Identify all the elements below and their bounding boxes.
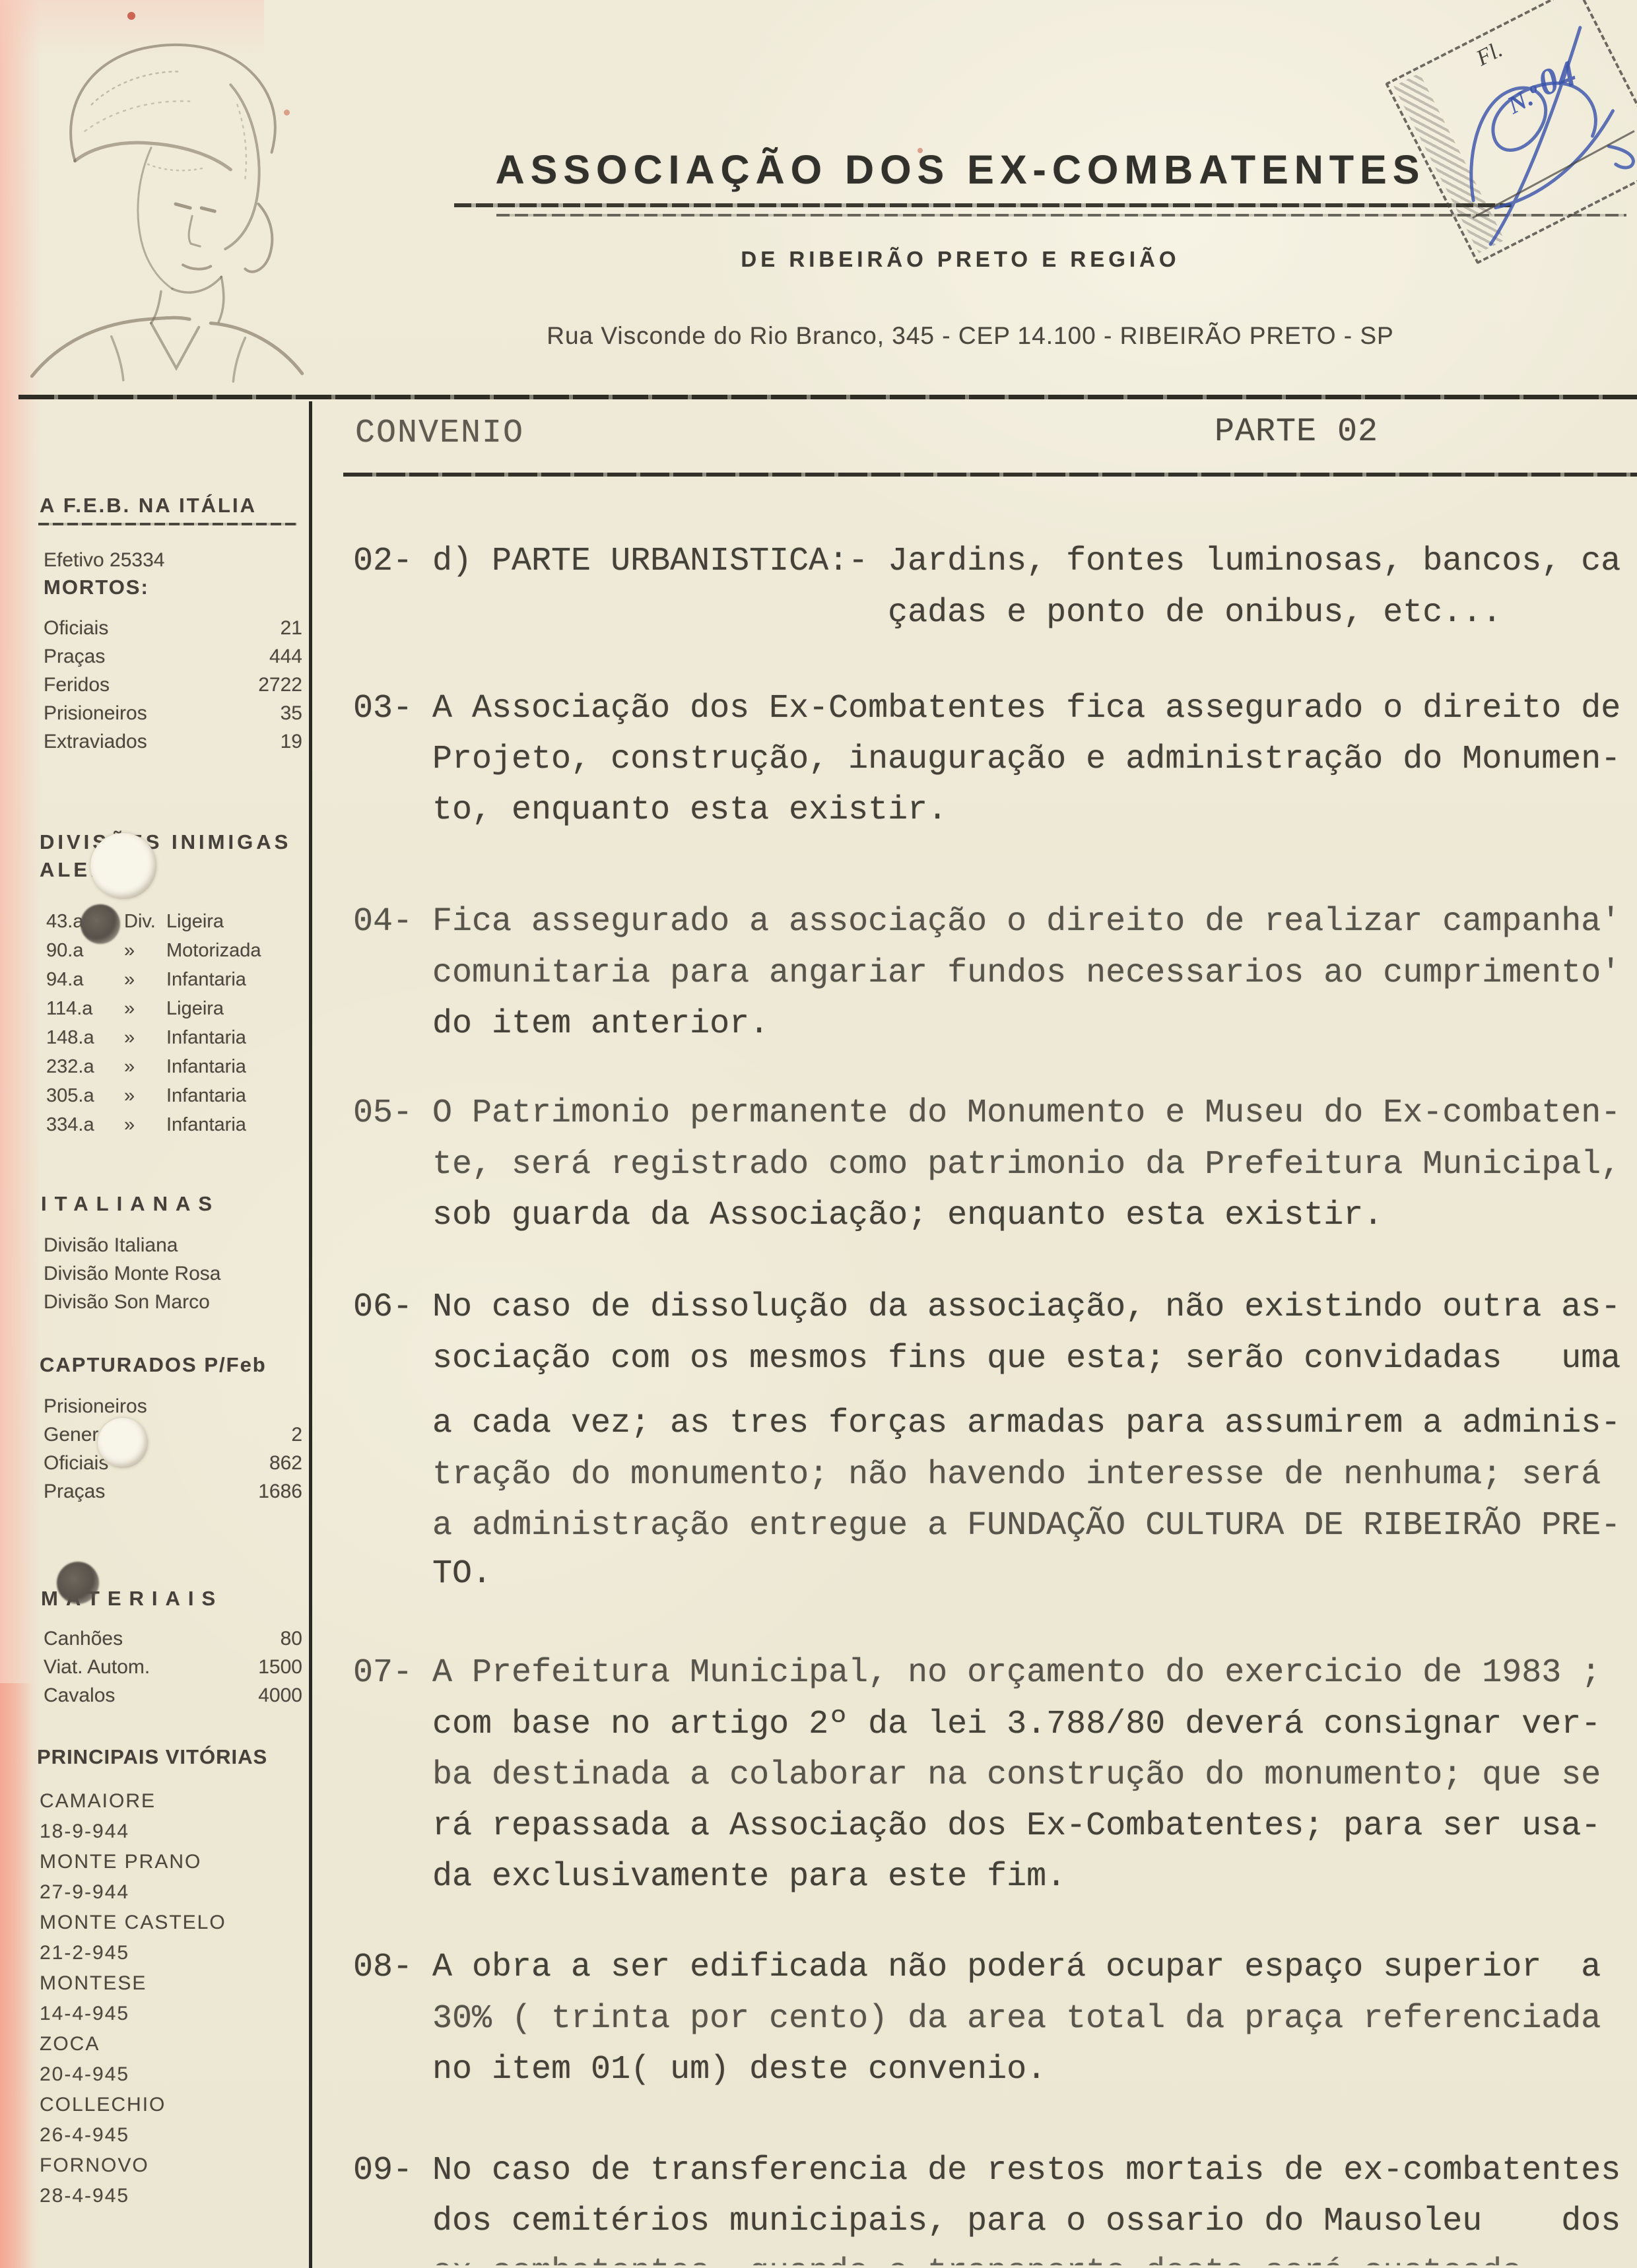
- division-type: Infantaria: [166, 1085, 310, 1107]
- division-type: Infantaria: [166, 1114, 310, 1136]
- org-address: Rua Visconde do Rio Branco, 345 - CEP 14…: [409, 322, 1531, 350]
- typed-line: sociação com os mesmos fins que esta; se…: [353, 1340, 1620, 1378]
- table-row: Oficiais21: [44, 617, 302, 646]
- typed-line: rá repassada a Associação dos Ex-Combate…: [353, 1807, 1601, 1846]
- punch-hole: [90, 833, 156, 899]
- division-number: 232.a: [46, 1056, 124, 1078]
- typed-line: do item anterior.: [353, 1005, 769, 1044]
- row-label: Prisioneiros: [44, 1395, 147, 1418]
- typed-line-cut-off: ex-combatentes, quando o transporte dest…: [353, 2253, 1601, 2265]
- table-row: 334.a»Infantaria: [46, 1114, 310, 1143]
- row-value: 444: [269, 646, 302, 668]
- sidebar-materiais-table: Canhões80 Viat. Autom.1500 Cavalos4000: [44, 1628, 302, 1713]
- row-value: 1686: [258, 1481, 302, 1503]
- row-value: 35: [281, 702, 302, 725]
- victory-place: MONTESE: [40, 1972, 310, 2003]
- division-ditto: Div.: [124, 911, 166, 933]
- document-type-title: CONVENIO: [355, 415, 524, 453]
- row-label: Oficiais: [44, 617, 108, 640]
- table-row: Praças1686: [44, 1481, 302, 1509]
- victory-date: 27-9-944: [40, 1881, 310, 1912]
- table-row: 232.a»Infantaria: [46, 1056, 310, 1085]
- sidebar-italianas-title: ITALIANAS: [41, 1192, 220, 1216]
- table-row: Cavalos4000: [44, 1684, 302, 1713]
- division-type: Infantaria: [166, 1027, 310, 1049]
- typed-line: TO.: [353, 1555, 492, 1593]
- row-label: Canhões: [44, 1628, 123, 1650]
- division-ditto: »: [124, 1085, 166, 1107]
- victory-place: CAMAIORE: [40, 1790, 310, 1820]
- sidebar-mortos-label: MORTOS:: [44, 576, 149, 599]
- sidebar-divisoes-title: DIVISÕES INIMIGAS: [40, 830, 291, 854]
- sidebar-feb-title: A F.E.B. NA ITÁLIA: [40, 494, 257, 517]
- folio-stamp: Fl. N.º 04: [1385, 0, 1637, 265]
- scanned-document-page: ASSOCIAÇÃO DOS EX-COMBATENTES DE RIBEIRÃ…: [0, 0, 1637, 2268]
- division-type: Infantaria: [166, 969, 310, 991]
- row-value: 21: [281, 617, 302, 640]
- table-row: 114.a»Ligeira: [46, 998, 310, 1027]
- table-row: 90.a»Motorizada: [46, 940, 310, 969]
- row-value: 4000: [258, 1684, 302, 1707]
- row-value: 19: [281, 731, 302, 753]
- division-number: 90.a: [46, 940, 124, 962]
- punch-hole: [98, 1418, 148, 1468]
- typed-line: a administração entregue a FUNDAÇÃO CULT…: [353, 1507, 1620, 1545]
- division-ditto: »: [124, 1114, 166, 1136]
- typed-line: ba destinada a colaborar na construção d…: [353, 1756, 1601, 1795]
- typed-line: tração do monumento; não havendo interes…: [353, 1456, 1601, 1494]
- sidebar-italianas-list: Divisão Italiana Divisão Monte Rosa Divi…: [44, 1234, 308, 1319]
- table-row: Canhões80: [44, 1628, 302, 1656]
- sidebar-efetivo: Efetivo 25334: [44, 549, 164, 572]
- victory-date: 21-2-945: [40, 1942, 310, 1972]
- title-bar-rule: [343, 473, 1637, 477]
- org-name-underline: [454, 203, 1512, 207]
- table-row: 305.a»Infantaria: [46, 1085, 310, 1114]
- table-row: 94.a»Infantaria: [46, 969, 310, 998]
- typed-line: to, enquanto esta existir.: [353, 791, 947, 830]
- typed-line: 08- A obra a ser edificada não poderá oc…: [353, 1949, 1601, 1987]
- typed-line: te, será registrado como patrimonio da P…: [353, 1146, 1620, 1184]
- victory-place: COLLECHIO: [40, 2094, 310, 2124]
- division-number: 148.a: [46, 1027, 124, 1049]
- document-part-label: PARTE 02: [1215, 413, 1378, 451]
- ink-smudge: [81, 904, 120, 944]
- table-row: Prisioneiros35: [44, 702, 302, 731]
- typed-line: 09- No caso de transferencia de restos m…: [353, 2152, 1620, 2190]
- division-type: Ligeira: [166, 911, 310, 933]
- typed-line: 04- Fica assegurado a associação o direi…: [353, 903, 1620, 941]
- division-ditto: »: [124, 940, 166, 962]
- victory-place: MONTE CASTELO: [40, 1912, 310, 1942]
- division-type: Ligeira: [166, 998, 310, 1020]
- row-label: Oficiais: [44, 1452, 108, 1475]
- list-item: Divisão Son Marco: [44, 1291, 308, 1319]
- typed-line: com base no artigo 2º da lei 3.788/80 de…: [353, 1706, 1601, 1744]
- row-value: 1500: [258, 1656, 302, 1679]
- typed-line: Projeto, construção, inauguração e admin…: [353, 741, 1620, 779]
- sidebar-vitorias-title: PRINCIPAIS VITÓRIAS: [37, 1745, 267, 1769]
- row-value: 2722: [258, 674, 302, 696]
- victory-place: FORNOVO: [40, 2154, 310, 2185]
- table-row: Viat. Autom.1500: [44, 1656, 302, 1684]
- org-region: DE RIBEIRÃO PRETO E REGIÃO: [446, 247, 1475, 272]
- stamp-signature-scrawl: [1388, 0, 1637, 261]
- sidebar-capturados-title: CAPTURADOS P/Feb: [40, 1353, 267, 1377]
- typed-line: 03- A Associação dos Ex-Combatentes fica…: [353, 690, 1620, 728]
- table-row: Praças444: [44, 646, 302, 674]
- row-label: Extraviados: [44, 731, 147, 753]
- division-type: Motorizada: [166, 940, 310, 962]
- table-row: Prisioneiros: [44, 1395, 302, 1424]
- table-row: Feridos2722: [44, 674, 302, 702]
- soldier-portrait-sketch: [12, 5, 310, 389]
- victory-place: MONTE PRANO: [40, 1851, 310, 1881]
- row-label: Praças: [44, 1481, 105, 1503]
- org-name: ASSOCIAÇÃO DOS EX-COMBATENTES: [446, 147, 1475, 193]
- row-value: 80: [281, 1628, 302, 1650]
- division-ditto: »: [124, 1056, 166, 1078]
- table-row: Extraviados19: [44, 731, 302, 759]
- list-item: Divisão Italiana: [44, 1234, 308, 1263]
- row-value: 862: [269, 1452, 302, 1475]
- typed-line: sob guarda da Associação; enquanto esta …: [353, 1197, 1383, 1235]
- table-row: 148.a»Infantaria: [46, 1027, 310, 1056]
- sidebar-mortos-table: Oficiais21 Praças444 Feridos2722 Prision…: [44, 617, 302, 759]
- typed-line: dos cemitérios municipais, para o ossari…: [353, 2203, 1620, 2241]
- typed-line: 30% ( trinta por cento) da area total da…: [353, 2000, 1601, 2038]
- victory-date: 20-4-945: [40, 2063, 310, 2094]
- division-ditto: »: [124, 1027, 166, 1049]
- victory-date: 28-4-945: [40, 2185, 310, 2215]
- victory-date: 14-4-945: [40, 2003, 310, 2033]
- row-value: 2: [291, 1424, 302, 1446]
- typed-line: 02- d) PARTE URBANISTICA:- Jardins, font…: [353, 543, 1620, 581]
- division-number: 305.a: [46, 1085, 124, 1107]
- division-number: 114.a: [46, 998, 124, 1020]
- typed-line: 06- No caso de dissolução da associação,…: [353, 1288, 1620, 1327]
- sidebar-feb-underline: [38, 523, 297, 525]
- division-number: 94.a: [46, 969, 124, 991]
- row-label: Praças: [44, 646, 105, 668]
- division-number: 334.a: [46, 1114, 124, 1136]
- row-label: Prisioneiros: [44, 702, 147, 725]
- typed-line: a cada vez; as tres forças armadas para …: [353, 1405, 1620, 1443]
- division-type: Infantaria: [166, 1056, 310, 1078]
- victory-date: 26-4-945: [40, 2124, 310, 2154]
- sidebar-vitorias-list: CAMAIORE 18-9-944 MONTE PRANO 27-9-944 M…: [40, 1790, 310, 2215]
- scan-pink-edge-left-bottom: [0, 1683, 33, 2268]
- list-item: Divisão Monte Rosa: [44, 1263, 308, 1291]
- table-row: Generais2: [44, 1424, 302, 1452]
- division-ditto: »: [124, 998, 166, 1020]
- table-row: Oficiais862: [44, 1452, 302, 1481]
- typed-line: da exclusivamente para este fim.: [353, 1858, 1066, 1896]
- row-label: Viat. Autom.: [44, 1656, 150, 1679]
- row-label: Feridos: [44, 674, 110, 696]
- victory-date: 18-9-944: [40, 1820, 310, 1851]
- row-label: Cavalos: [44, 1684, 115, 1707]
- typed-line: no item 01( um) deste convenio.: [353, 2051, 1046, 2089]
- ink-smudge: [57, 1562, 99, 1604]
- header-rule: [18, 395, 1637, 399]
- sidebar-divisoes-table: 43.aDiv.Ligeira 90.a»Motorizada 94.a»Inf…: [46, 911, 310, 1143]
- typed-line: 05- O Patrimonio permanente do Monumento…: [353, 1094, 1620, 1133]
- victory-place: ZOCA: [40, 2033, 310, 2063]
- sidebar-capturados-table: Prisioneiros Generais2 Oficiais862 Praça…: [44, 1395, 302, 1509]
- division-ditto: »: [124, 969, 166, 991]
- typed-line: çadas e ponto de onibus, etc...: [353, 594, 1502, 632]
- typed-line: comunitaria para angariar fundos necessa…: [353, 954, 1620, 993]
- typed-line: 07- A Prefeitura Municipal, no orçamento…: [353, 1654, 1601, 1692]
